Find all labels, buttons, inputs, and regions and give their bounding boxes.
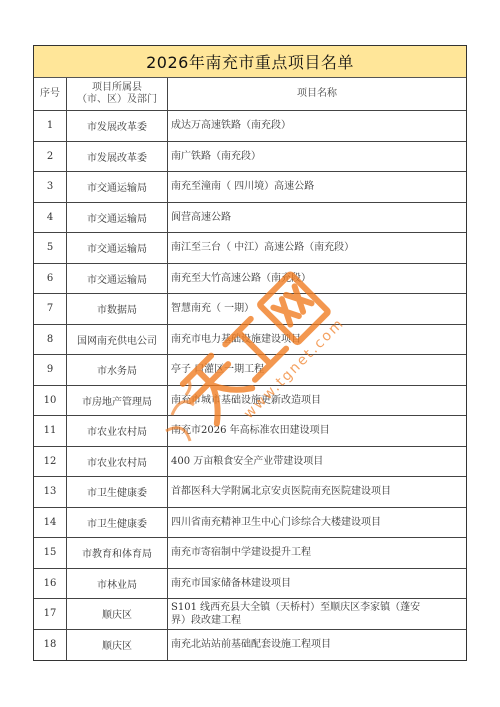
row-department: 顺庆区 [67,629,168,660]
row-number: 16 [34,568,67,599]
row-project-name: 南充市2026 年高标准农田建设项目 [168,416,467,447]
row-project-name: 四川省南充精神卫生中心门诊综合大楼建设项目 [168,507,467,538]
table-row: 8国网南充供电公司南充市电力基础设施建设项目 [34,324,466,355]
table-row: 3市交通运输局南充至潼南（ 四川境）高速公路 [34,172,466,203]
table-row: 9市水务局亭子 口灌区一期工程 [34,355,466,386]
table-row: 4市交通运输局阆营高速公路 [34,202,466,233]
row-department: 市交通运输局 [67,202,168,233]
row-number: 17 [34,599,67,630]
table-row: 7市数据局智慧南充（ 一期） [34,294,466,325]
row-number: 15 [34,538,67,569]
project-name-text: 南充北站站前基础配套设施工程项目 [171,638,331,651]
row-project-name: 南充市电力基础设施建设项目 [168,324,467,355]
row-number: 4 [34,202,67,233]
row-number: 7 [34,294,67,325]
table-row: 18顺庆区南充北站站前基础配套设施工程项目 [34,629,466,660]
header-dept: 项目所属县 （市、区）及部门 [67,78,168,111]
project-name-text: 南充至潼南（ 四川境）高速公路 [171,180,314,193]
row-department: 市农业农村局 [67,446,168,477]
project-name-text: 400 万亩粮食安全产业带建设项目 [171,455,323,468]
table-row: 1市发展改革委成达万高速铁路（南充段） [34,111,466,142]
row-number: 5 [34,233,67,264]
row-project-name: 南充北站站前基础配套设施工程项目 [168,629,467,660]
row-project-name: S101 线西充县大全镇（天桥村）至顺庆区李家镇（蓬安界）段改建工程 [168,599,467,630]
table-body: 1市发展改革委成达万高速铁路（南充段）2市发展改革委南广铁路（南充段）3市交通运… [34,111,466,660]
header-name: 项目名称 [168,78,467,111]
row-number: 2 [34,141,67,172]
header-no: 序号 [34,78,67,111]
row-number: 9 [34,355,67,386]
table-row: 16市林业局南充市国家储备林建设项目 [34,568,466,599]
project-list-sheet: 2026年南充市重点项目名单 序号 项目所属县 （市、区）及部门 项目名称 1市… [33,45,467,661]
project-name-text: 智慧南充（ 一期） [171,302,254,315]
row-project-name: 阆营高速公路 [168,202,467,233]
table-row: 17顺庆区S101 线西充县大全镇（天桥村）至顺庆区李家镇（蓬安界）段改建工程 [34,599,466,630]
row-department: 市教育和体育局 [67,538,168,569]
project-name-text: 南充市2026 年高标准农田建设项目 [171,424,330,437]
row-department: 市农业农村局 [67,416,168,447]
table-row: 13市卫生健康委首都医科大学附属北京安贞医院南充医院建设项目 [34,477,466,508]
row-project-name: 南充至大竹高速公路（南充段） [168,263,467,294]
project-name-text: 成达万高速铁路（南充段） [171,119,291,132]
table-row: 5市交通运输局南江至三台（ 中江）高速公路（南充段） [34,233,466,264]
row-department: 市林业局 [67,568,168,599]
project-name-text: 南充市国家储备林建设项目 [171,577,291,590]
row-department: 市卫生健康委 [67,477,168,508]
row-project-name: 智慧南充（ 一期） [168,294,467,325]
row-project-name: 成达万高速铁路（南充段） [168,111,467,142]
row-project-name: 南广铁路（南充段） [168,141,467,172]
project-name-text: 南广铁路（南充段） [171,150,261,163]
table-row: 11市农业农村局南充市2026 年高标准农田建设项目 [34,416,466,447]
row-number: 3 [34,172,67,203]
header-dept-line1: 项目所属县 [67,82,167,94]
row-department: 市交通运输局 [67,263,168,294]
row-number: 1 [34,111,67,142]
row-project-name: 亭子 口灌区一期工程 [168,355,467,386]
row-department: 市发展改革委 [67,111,168,142]
row-department: 市发展改革委 [67,141,168,172]
row-number: 18 [34,629,67,660]
project-name-text: 南充市寄宿制中学建设提升工程 [171,546,311,559]
project-name-text: 阆营高速公路 [171,211,231,224]
table-row: 6市交通运输局南充至大竹高速公路（南充段） [34,263,466,294]
row-department: 市水务局 [67,355,168,386]
row-number: 8 [34,324,67,355]
row-department: 市数据局 [67,294,168,325]
table-row: 14市卫生健康委四川省南充精神卫生中心门诊综合大楼建设项目 [34,507,466,538]
row-project-name: 南充市国家储备林建设项目 [168,568,467,599]
table-row: 10市房地产管理局南充市城市基础设施更新改造项目 [34,385,466,416]
project-name-text: 南充市电力基础设施建设项目 [171,333,301,346]
row-number: 6 [34,263,67,294]
row-number: 13 [34,477,67,508]
row-project-name: 首都医科大学附属北京安贞医院南充医院建设项目 [168,477,467,508]
header-row: 序号 项目所属县 （市、区）及部门 项目名称 [34,78,466,111]
row-department: 市卫生健康委 [67,507,168,538]
row-department: 顺庆区 [67,599,168,630]
project-name-text: 南江至三台（ 中江）高速公路（南充段） [171,241,354,254]
project-name-text: 南充至大竹高速公路（南充段） [171,272,311,285]
header-dept-line2: （市、区）及部门 [67,94,167,106]
project-table: 序号 项目所属县 （市、区）及部门 项目名称 1市发展改革委成达万高速铁路（南充… [34,78,466,660]
table-row: 12市农业农村局400 万亩粮食安全产业带建设项目 [34,446,466,477]
project-name-text: 首都医科大学附属北京安贞医院南充医院建设项目 [171,485,391,498]
row-project-name: 南充市城市基础设施更新改造项目 [168,385,467,416]
row-project-name: 南充市寄宿制中学建设提升工程 [168,538,467,569]
sheet-title: 2026年南充市重点项目名单 [34,46,466,78]
row-department: 国网南充供电公司 [67,324,168,355]
row-number: 10 [34,385,67,416]
project-name-text: 南充市城市基础设施更新改造项目 [171,394,321,407]
project-name-text: 亭子 口灌区一期工程 [171,363,264,376]
row-number: 11 [34,416,67,447]
table-row: 15市教育和体育局南充市寄宿制中学建设提升工程 [34,538,466,569]
row-number: 12 [34,446,67,477]
row-number: 14 [34,507,67,538]
row-department: 市交通运输局 [67,233,168,264]
row-project-name: 400 万亩粮食安全产业带建设项目 [168,446,467,477]
row-department: 市房地产管理局 [67,385,168,416]
project-name-text: S101 线西充县大全镇（天桥村）至顺庆区李家镇（蓬安界）段改建工程 [171,601,426,627]
row-department: 市交通运输局 [67,172,168,203]
row-project-name: 南江至三台（ 中江）高速公路（南充段） [168,233,467,264]
table-row: 2市发展改革委南广铁路（南充段） [34,141,466,172]
row-project-name: 南充至潼南（ 四川境）高速公路 [168,172,467,203]
project-name-text: 四川省南充精神卫生中心门诊综合大楼建设项目 [171,516,381,529]
